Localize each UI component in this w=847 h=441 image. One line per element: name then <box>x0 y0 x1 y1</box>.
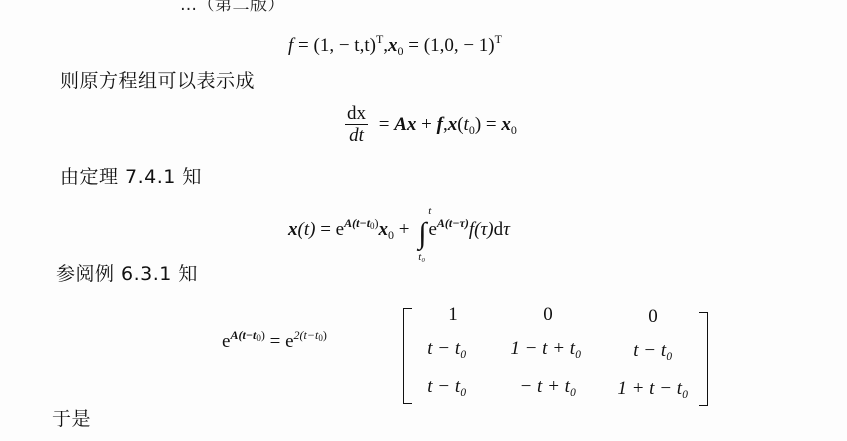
equation-matrix-exponential-lhs: eA(t−t0) = e2(t−t0) <box>222 328 327 353</box>
exponent: A(t−τ) <box>437 216 469 230</box>
arg-tau: (τ) <box>474 219 493 240</box>
matrix-cell-0-2: 0 <box>608 306 698 328</box>
transpose-sup: T <box>495 32 502 46</box>
equation-ode: dx dt = Ax + f,x(t0) = x0 <box>345 104 517 147</box>
differential-d: d <box>494 219 504 240</box>
fraction-dx-dt: dx dt <box>345 104 368 147</box>
matrix-cell-1-2: t − t₀ <box>608 340 698 362</box>
equation-solution-formula: x(t) = eA(t−t0)x0 + ∫tt₀eA(t−τ)f(τ)dτ <box>288 216 510 251</box>
exponent: A(t−t <box>230 328 256 342</box>
paragraph-text-3: 参阅例 6.3.1 知 <box>56 259 198 286</box>
term-Ax: Ax <box>394 114 416 135</box>
fraction-numerator: dx <box>345 104 368 125</box>
equals: = <box>481 114 501 135</box>
exponent: 2(t−t <box>294 328 319 342</box>
integral-lower-limit: t₀ <box>418 251 425 263</box>
integral-icon: ∫ <box>418 217 426 251</box>
exponent: A(t−t <box>344 216 370 230</box>
x0-value: = (1,0, − 1) <box>404 35 495 56</box>
matrix-cell-2-2: 1 + t − t₀ <box>603 378 703 400</box>
var-tau: τ <box>503 219 510 240</box>
arg-t: (t) <box>298 219 316 240</box>
integral: ∫tt₀ <box>414 217 428 251</box>
symbol-x: x <box>388 35 398 56</box>
matrix-cell-0-0: 1 <box>423 304 483 326</box>
paragraph-text-1: 则原方程组可以表示成 <box>60 66 255 93</box>
num-text: dx <box>347 103 366 124</box>
equation-f-x0-definition: f = (1, − t,t)T,x0 = (1,0, − 1)T <box>288 32 502 59</box>
equals-e: = e <box>265 331 294 352</box>
equals: = <box>374 114 394 135</box>
term-x: x <box>288 219 298 240</box>
term-x: x <box>448 114 458 135</box>
matrix-cell-2-0: t − t₀ <box>407 376 487 398</box>
integral-upper-limit: t <box>428 205 431 217</box>
matrix-cell-0-1: 0 <box>498 304 598 326</box>
matrix-cell-1-1: 1 − t + t₀ <box>491 338 601 360</box>
f-value: = (1, − t,t) <box>293 35 376 56</box>
subscript-0: 0 <box>511 123 517 137</box>
equals-e: = e <box>315 219 344 240</box>
matrix-3x3: 1 0 0 t − t₀ 1 − t + t₀ t − t₀ t − t₀ − … <box>403 300 708 404</box>
term-x0: x <box>379 219 389 240</box>
cut-off-header-text: …（第二版） <box>180 0 285 15</box>
fraction-denominator: dt <box>345 125 368 147</box>
plus: + <box>394 219 414 240</box>
matrix-cell-2-1: − t + t₀ <box>498 376 598 398</box>
e: e <box>428 219 436 240</box>
plus: + <box>416 114 436 135</box>
paragraph-text-2: 由定理 7.4.1 知 <box>60 162 202 189</box>
term-x0: x <box>501 114 511 135</box>
paragraph-text-4: 于是 <box>52 404 91 431</box>
paren: ) <box>323 328 327 342</box>
matrix-cell-1-0: t − t₀ <box>407 338 487 360</box>
